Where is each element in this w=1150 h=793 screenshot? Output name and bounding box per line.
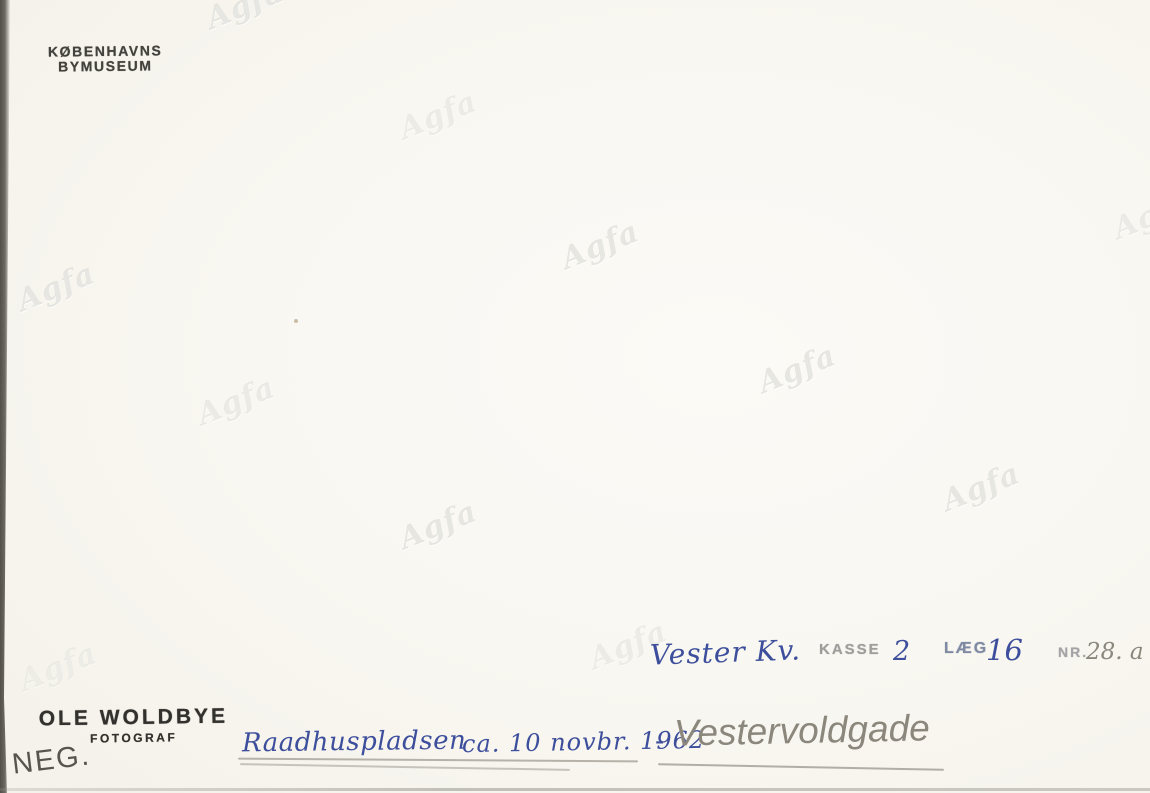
paper-bottom-edge (0, 788, 1150, 791)
agfa-watermark: Agfa (12, 256, 100, 319)
kasse-value-handwriting: 2 (893, 636, 910, 667)
district-handwriting: Vester Kv. (649, 633, 801, 671)
museum-stamp: KØBENHAVNS BYMUSEUM (48, 43, 163, 74)
nr-value-handwriting: 28. a (1086, 639, 1144, 665)
pencil-underline (658, 763, 944, 770)
agfa-watermark: Agfa (394, 84, 482, 147)
pencil-underline (240, 763, 570, 771)
agfa-watermark: Agfa (192, 370, 280, 433)
paper-left-edge (0, 0, 14, 793)
caption-date-handwriting: ca. 10 novbr. 1962 (462, 726, 706, 758)
pencil-underline (238, 758, 638, 763)
agfa-watermark: Agfa (14, 636, 102, 699)
photographer-stamp: OLE WOLDBYE FOTOGRAF (36, 705, 232, 747)
agfa-watermark: Agfa (753, 338, 841, 401)
kasse-stamp: KASSE (819, 641, 881, 658)
laeg-stamp: LÆG (944, 640, 988, 658)
photo-verso: Agfa Agfa Agfa Agfa Agfa Agfa Agfa Agfa … (0, 0, 1150, 793)
agfa-watermark: Agfa (556, 214, 644, 277)
agfa-watermark: Agfa (1108, 184, 1150, 247)
agfa-watermark: Agfa (937, 456, 1025, 519)
laeg-value-handwriting: 16 (986, 633, 1023, 667)
caption-pencil-handwriting: Vestervoldgade (674, 707, 931, 754)
caption-place-handwriting: Raadhuspladsen (242, 726, 467, 759)
agfa-watermark: Agfa (394, 494, 482, 557)
nr-stamp: NR. (1058, 644, 1088, 660)
museum-stamp-line2: BYMUSEUM (48, 58, 163, 74)
neg-note-handwriting: NEG. (10, 739, 92, 781)
photographer-name: OLE WOLDBYE (36, 705, 231, 732)
paper-speck (294, 319, 298, 323)
agfa-watermark: Agfa (201, 0, 289, 37)
caption-dash: - (655, 725, 664, 757)
